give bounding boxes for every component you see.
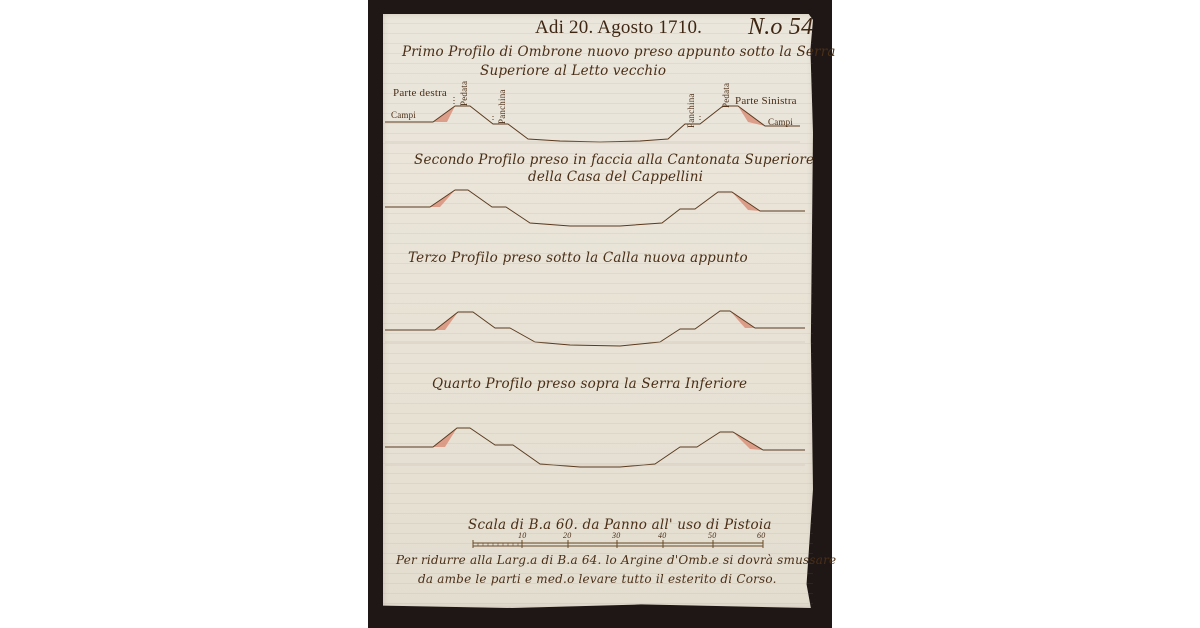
profile-3-drawing	[385, 311, 805, 346]
scale-bar	[473, 540, 763, 548]
profile-2-drawing	[385, 190, 805, 226]
scale-tick-30: 30	[612, 531, 620, 540]
profile-1-drawing	[385, 97, 800, 142]
scale-tick-60: 60	[757, 531, 765, 540]
scale-tick-10: 10	[518, 531, 526, 540]
footnote-line2: da ambe le parti e med.o levare tutto il…	[418, 572, 777, 586]
profile-4-drawing	[385, 428, 805, 467]
river-cross-section-profiles	[0, 0, 1200, 628]
scale-tick-20: 20	[563, 531, 571, 540]
scale-tick-40: 40	[658, 531, 666, 540]
footnote-line1: Per ridurre alla Larg.a di B.a 64. lo Ar…	[396, 553, 836, 567]
scale-tick-50: 50	[708, 531, 716, 540]
